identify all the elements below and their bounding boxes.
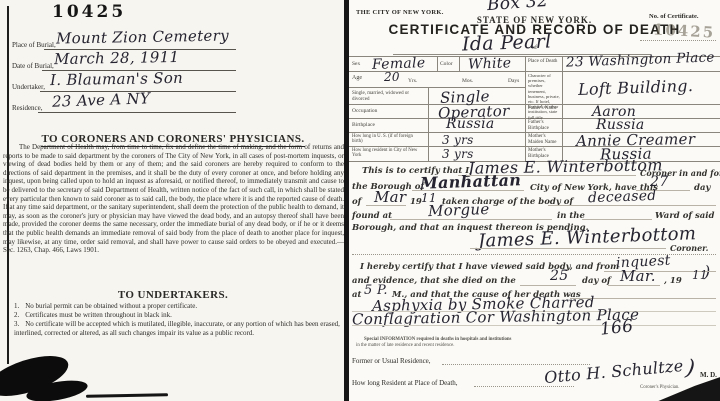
death-year-entry: 11 bbox=[692, 268, 708, 282]
undertaker-label: Undertaker, bbox=[12, 83, 45, 91]
rule-line bbox=[520, 285, 576, 286]
burial-place-label: Place of Burial, bbox=[12, 41, 56, 49]
coroners-body-text: The Department of Health may, from time … bbox=[3, 143, 344, 255]
physician-title: Coroner's Physician. bbox=[640, 385, 680, 390]
special-note-line1: Special INFORMATION required in deaths i… bbox=[364, 337, 511, 342]
color-label: Color bbox=[440, 61, 453, 67]
undertakers-item-2: 2.Certificates must be written throughou… bbox=[14, 311, 342, 320]
undertakers-item-3: 3.No certificate will be accepted which … bbox=[14, 320, 344, 338]
stamp-number: 10425 bbox=[52, 2, 126, 22]
grid-border bbox=[349, 87, 525, 88]
rule-line bbox=[582, 219, 652, 220]
ink-streak bbox=[86, 393, 168, 397]
decedent-name: Ida Pearl bbox=[462, 30, 552, 55]
us-years-label: How long in U. S. (if of foreign birth) bbox=[352, 134, 422, 145]
certificate-no-label: No. of Certificate. bbox=[649, 13, 698, 20]
grid-border bbox=[459, 56, 460, 71]
rule-line bbox=[366, 205, 406, 206]
marital-label: Single, married, widowed or divorced bbox=[352, 91, 424, 102]
undertaker-value: I. Blauman's Son bbox=[50, 69, 183, 89]
premises-value: Loft Building. bbox=[578, 76, 694, 99]
item-text: No certificate will be accepted which is… bbox=[14, 320, 340, 337]
nyc-years-label: How long resident in City of New York bbox=[352, 148, 422, 159]
view-text: I hereby certify that I have viewed said… bbox=[360, 262, 619, 272]
month-entry: Mar bbox=[374, 188, 406, 206]
grid-border bbox=[562, 56, 563, 161]
rule-line bbox=[352, 325, 716, 326]
premises-label: Character of premises, whether tenement,… bbox=[528, 73, 561, 120]
burial-date-value: March 28, 1911 bbox=[54, 48, 180, 68]
grid-border bbox=[428, 87, 429, 161]
view-text: day of bbox=[582, 276, 611, 286]
burial-date-label: Date of Burial, bbox=[12, 62, 54, 70]
us-years-value: 3 yrs bbox=[442, 133, 474, 147]
case-number: 166 bbox=[599, 316, 634, 339]
coroner-title: Coroner. bbox=[670, 243, 708, 253]
undertakers-heading-wrap: TO UNDERTAKERS. bbox=[0, 285, 346, 303]
found-at-entry: Morgue bbox=[428, 200, 490, 220]
birthplace-label: Birthplace bbox=[352, 122, 375, 128]
rule-line bbox=[470, 248, 666, 249]
place-of-death-label: Place of Death bbox=[528, 59, 560, 65]
rule-line bbox=[442, 364, 590, 365]
color-value: White bbox=[468, 55, 512, 73]
death-certificate-scan: 10425 Place of Burial, Mount Zion Cemete… bbox=[0, 0, 720, 401]
view-text: , 19 bbox=[664, 276, 682, 286]
age-yrs-label: Yrs. bbox=[408, 78, 417, 84]
certificate-no-stamp: 10425 bbox=[653, 20, 716, 41]
rule-line bbox=[608, 285, 660, 286]
former-residence-label: Former or Usual Residence, bbox=[352, 357, 431, 365]
item-number: 3. bbox=[14, 320, 19, 328]
rule-line bbox=[38, 112, 236, 113]
item-text: No burial permit can be obtained without… bbox=[25, 302, 197, 310]
residence-value: 23 Ave A NY bbox=[52, 89, 151, 110]
rule-line bbox=[474, 386, 574, 387]
rule-line bbox=[640, 40, 716, 41]
item-text: Certificates must be written throughout … bbox=[25, 311, 172, 319]
undertakers-item-1: 1.No burial permit can be obtained witho… bbox=[14, 302, 342, 311]
certify-text: found at bbox=[352, 211, 392, 221]
occupation-label: Occupation bbox=[352, 108, 377, 114]
resident-duration-label: How long Resident at Place of Death, bbox=[352, 379, 458, 387]
certify-text: day bbox=[694, 183, 710, 193]
grid-border bbox=[525, 56, 526, 161]
certify-text: in the bbox=[557, 211, 585, 221]
certify-text: Ward of said bbox=[655, 211, 714, 221]
burial-place-value: Mount Zion Cemetery bbox=[56, 26, 229, 47]
sex-label: Sex bbox=[352, 61, 360, 67]
mother-name-label: Mother's Maiden Name bbox=[528, 134, 560, 145]
father-name-label: Father's Name bbox=[528, 106, 560, 112]
body-of-entry: deceased bbox=[588, 188, 657, 206]
item-number: 2. bbox=[14, 311, 19, 319]
birthplace-value: Russia bbox=[446, 116, 495, 132]
age-days-label: Days bbox=[508, 78, 519, 84]
death-month-entry: Mar. bbox=[620, 267, 656, 285]
undertakers-heading: TO UNDERTAKERS. bbox=[118, 289, 228, 301]
death-day-entry: 25 bbox=[550, 268, 568, 284]
physician-md-label: M. D. bbox=[700, 371, 717, 379]
item-number: 1. bbox=[14, 302, 19, 310]
grid-border bbox=[437, 56, 438, 71]
father-birthplace-label: Father's Birthplace bbox=[528, 120, 560, 131]
age-mos-label: Mos. bbox=[462, 78, 473, 84]
special-note-line2: in the matter of late residence and rece… bbox=[356, 343, 454, 348]
residence-label: Residence, bbox=[12, 104, 43, 112]
age-label: Age bbox=[352, 75, 362, 81]
age-value: 20 bbox=[384, 70, 400, 84]
certify-text: of bbox=[352, 197, 361, 207]
rule-line bbox=[548, 205, 716, 206]
rule-line bbox=[390, 219, 552, 220]
view-text: at bbox=[352, 290, 361, 300]
